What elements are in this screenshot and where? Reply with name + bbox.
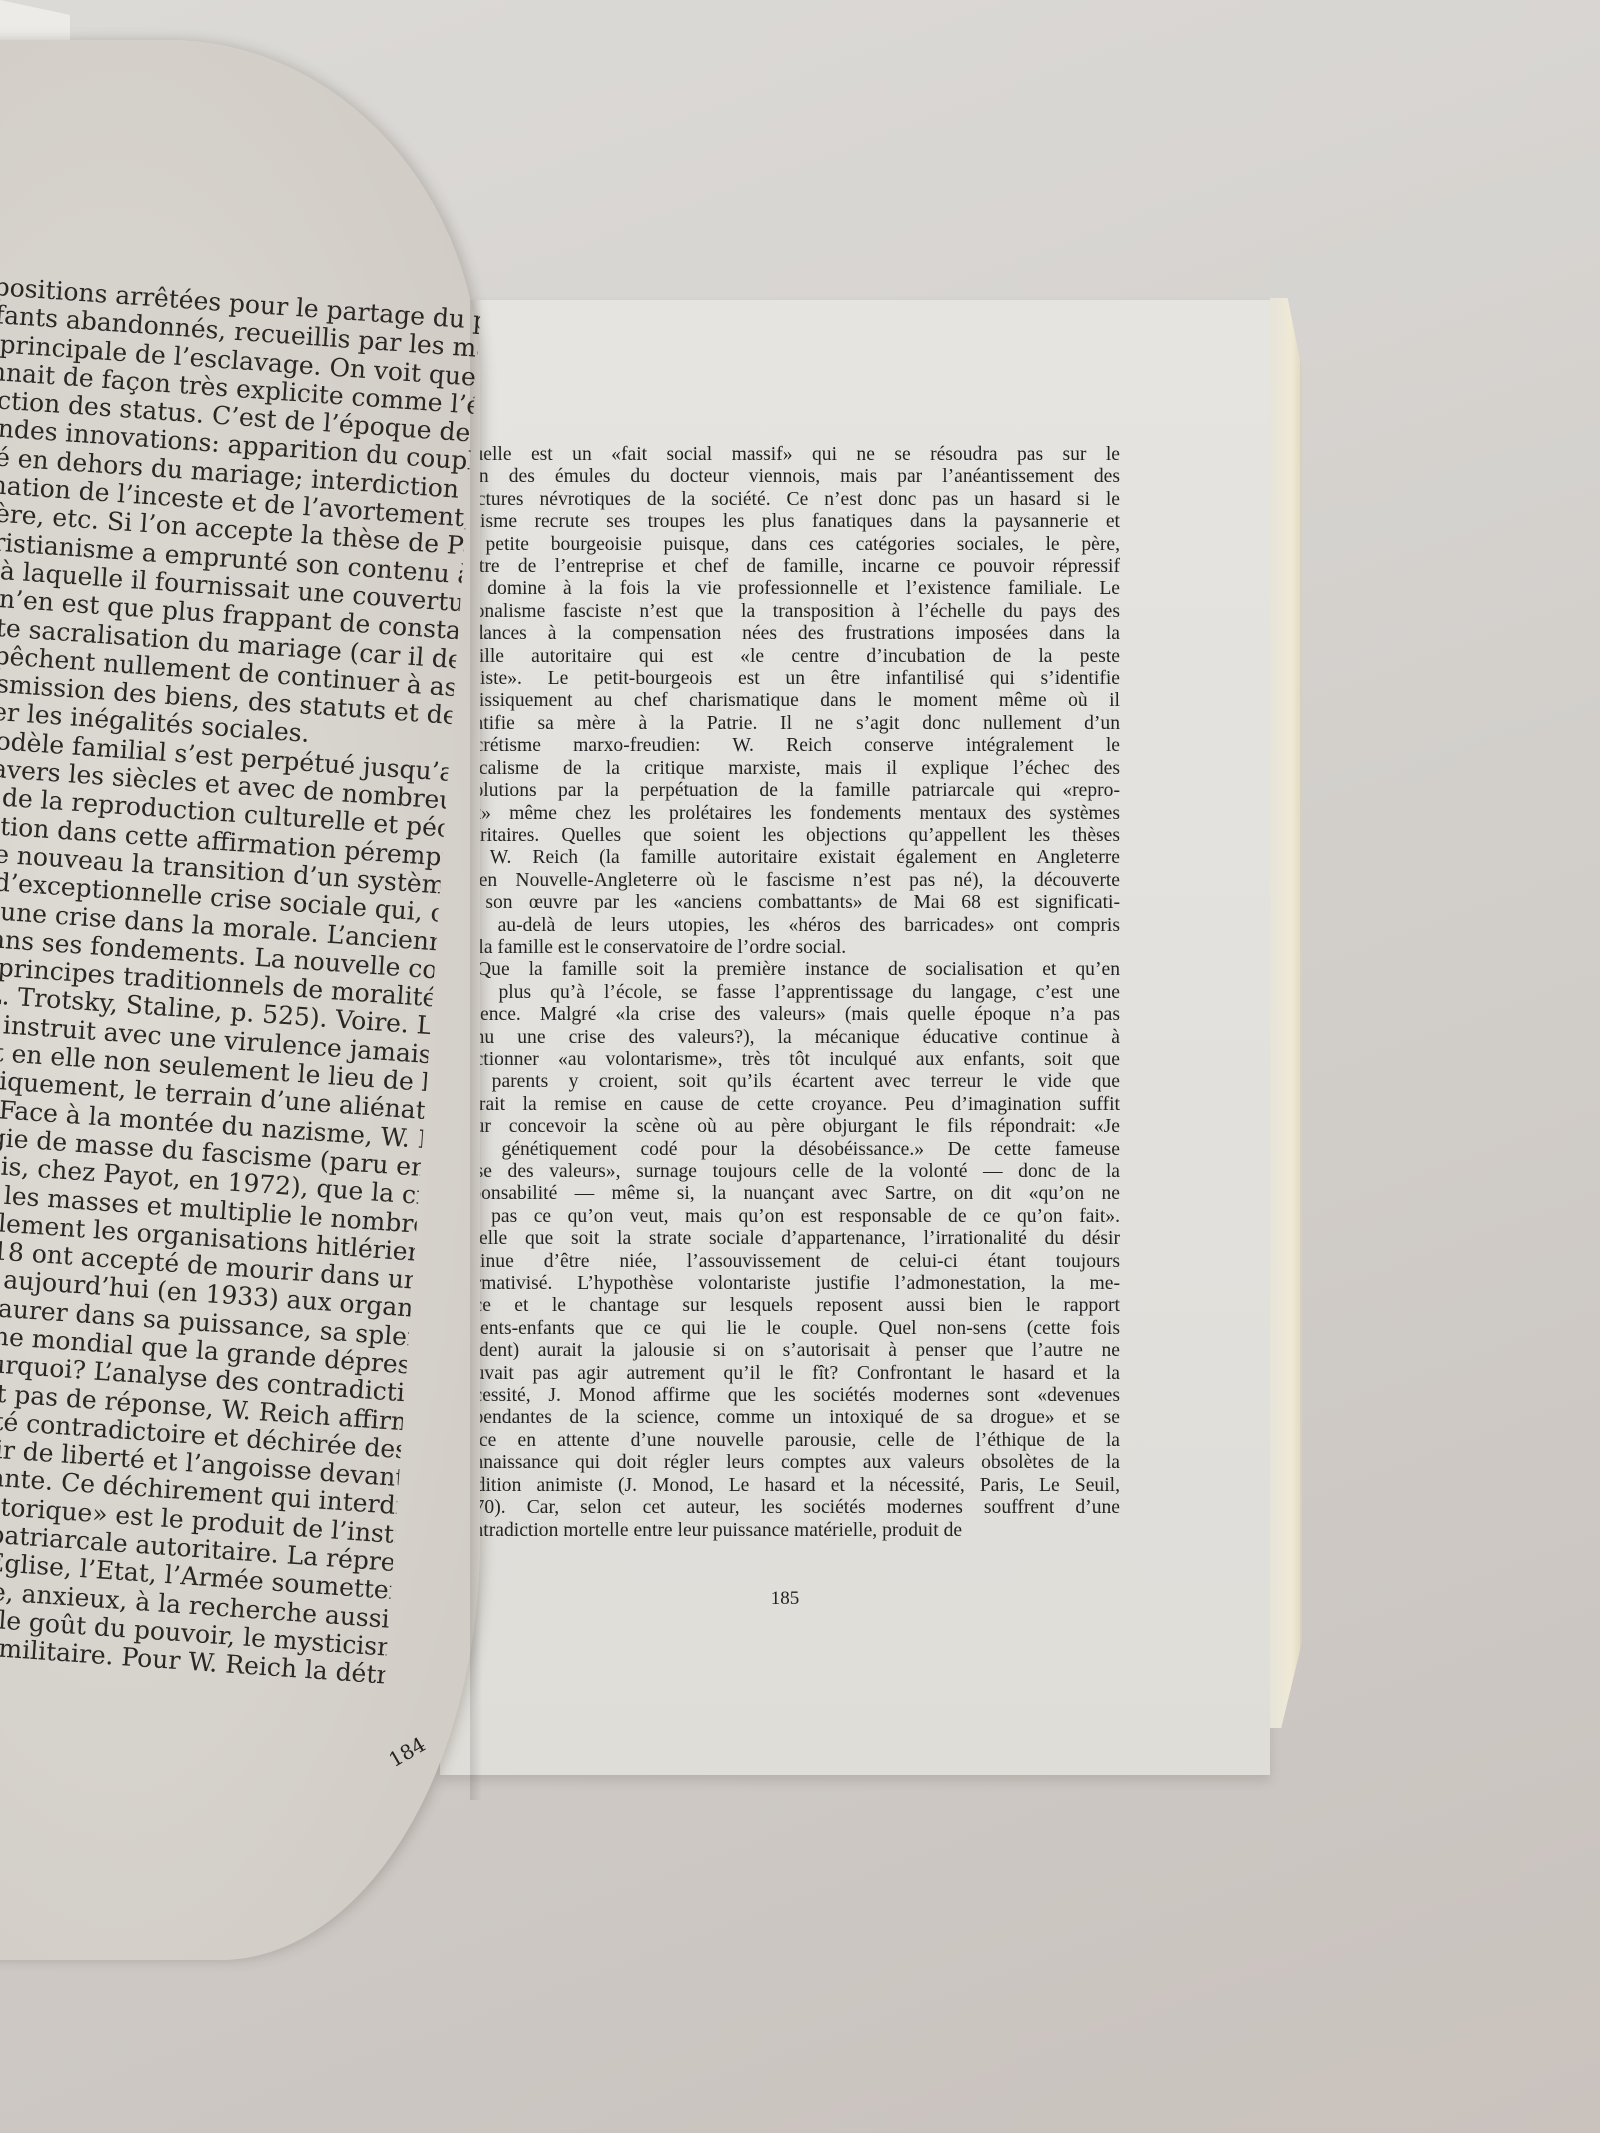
text-line: dentifie sa mère à la Patrie. Il ne s’ag… (455, 713, 1120, 735)
text-line: ontinue d’être niée, l’assouvissement de… (455, 1251, 1120, 1273)
text-line: nace et le chantage sur lesquels reposen… (455, 1295, 1120, 1317)
text-line: t en Nouvelle-Angleterre où le fascisme … (455, 870, 1120, 892)
text-line: vidence. Malgré «la crise des valeurs» (… (455, 1004, 1120, 1026)
text-line: ue la famille est le conservatoire de l’… (455, 937, 1120, 959)
text-line: connaissance qui doit régler leurs compt… (455, 1452, 1120, 1474)
text-line: yncrétisme marxo-freudien: W. Reich cons… (455, 735, 1120, 757)
text-line: Que la famille soit la première instance… (455, 959, 1120, 981)
text-line: luit» même chez les prolétaires les fond… (455, 803, 1120, 825)
text-line: réerait la remise en cause de cette croy… (455, 1094, 1120, 1116)
text-line: a petite bourgeoisie puisque, dans ces c… (455, 534, 1120, 556)
text-line: 1970). Car, selon cet auteur, les sociét… (455, 1497, 1120, 1519)
page-block-edge (1270, 298, 1302, 1728)
text-line: adicalisme de la critique marxiste, mais… (455, 758, 1120, 780)
text-line: Quelle que soit la strate sociale d’appa… (455, 1228, 1120, 1250)
text-line: exuelle est un «fait social massif» qui … (455, 444, 1120, 466)
text-line: crise des valeurs», surnage toujours cel… (455, 1161, 1120, 1183)
text-line: asciste». Le petit-bourgeois est un être… (455, 668, 1120, 690)
text-line: tradition animiste (J. Monod, Le hasard … (455, 1475, 1120, 1497)
text-line: évolutions par la perpétuation de la fam… (455, 780, 1120, 802)
text-line: ivan des émules du docteur viennois, mai… (455, 466, 1120, 488)
text-line: ait pas ce qu’on veut, mais qu’on est re… (455, 1206, 1120, 1228)
page-number-right: 185 (760, 1588, 810, 1610)
text-line: le son œuvre par les «anciens combattant… (455, 892, 1120, 914)
text-line: pouvait pas agir autrement qu’il le fît?… (455, 1363, 1120, 1385)
text-line: onctionner «au volontarisme», très tôt i… (455, 1049, 1120, 1071)
text-line: tructures névrotiques de la société. Ce … (455, 489, 1120, 511)
text-line: esponsabilité — même si, la nuançant ave… (455, 1183, 1120, 1205)
text-line: amille autoritaire qui est «le centre d’… (455, 646, 1120, 668)
text-line: utoritaires. Quelles que soient les obje… (455, 825, 1120, 847)
paragraph: exuelle est un «fait social massif» qui … (455, 444, 1120, 959)
text-line: naître de l’entreprise et chef de famill… (455, 556, 1120, 578)
text-line: ve: au-delà de leurs utopies, les «héros… (455, 915, 1120, 937)
text-line: place en attente d’une nouvelle parousie… (455, 1430, 1120, 1452)
paragraph: Que la famille soit la première instance… (455, 959, 1120, 1542)
text-line: normativisé. L’hypothèse volontariste ju… (455, 1273, 1120, 1295)
text-line: es parents y croient, soit qu’ils écarte… (455, 1071, 1120, 1093)
text-line: le W. Reich (la famille autoritaire exis… (455, 847, 1120, 869)
text-line: dépendantes de la science, comme un into… (455, 1407, 1120, 1429)
right-page-text: exuelle est un «fait social massif» qui … (455, 444, 1120, 1542)
text-line: pour concevoir la scène où au père objur… (455, 1116, 1120, 1138)
text-line: onnu une crise des valeurs?), la mécaniq… (455, 1027, 1120, 1049)
book-spine-shadow (470, 300, 482, 1800)
text-line: ationalisme fasciste n’est que la transp… (455, 601, 1120, 623)
text-line: ascisme recrute ses troupes les plus fan… (455, 511, 1120, 533)
text-line: ui domine à la fois la vie professionnel… (455, 578, 1120, 600)
text-line: évident) aurait la jalousie si on s’auto… (455, 1340, 1120, 1362)
text-line: nécessité, J. Monod affirme que les soci… (455, 1385, 1120, 1407)
text-line: uis génétiquement codé pour la désobéiss… (455, 1139, 1120, 1161)
text-line: contradiction mortelle entre leur puissa… (455, 1520, 1120, 1542)
text-line: parents-enfants que ce qui lie le couple… (455, 1318, 1120, 1340)
text-line: lle, plus qu’à l’école, se fasse l’appre… (455, 982, 1120, 1004)
text-line: arcissiquement au chef charismatique dan… (455, 690, 1120, 712)
text-line: endances à la compensation nées des frus… (455, 623, 1120, 645)
